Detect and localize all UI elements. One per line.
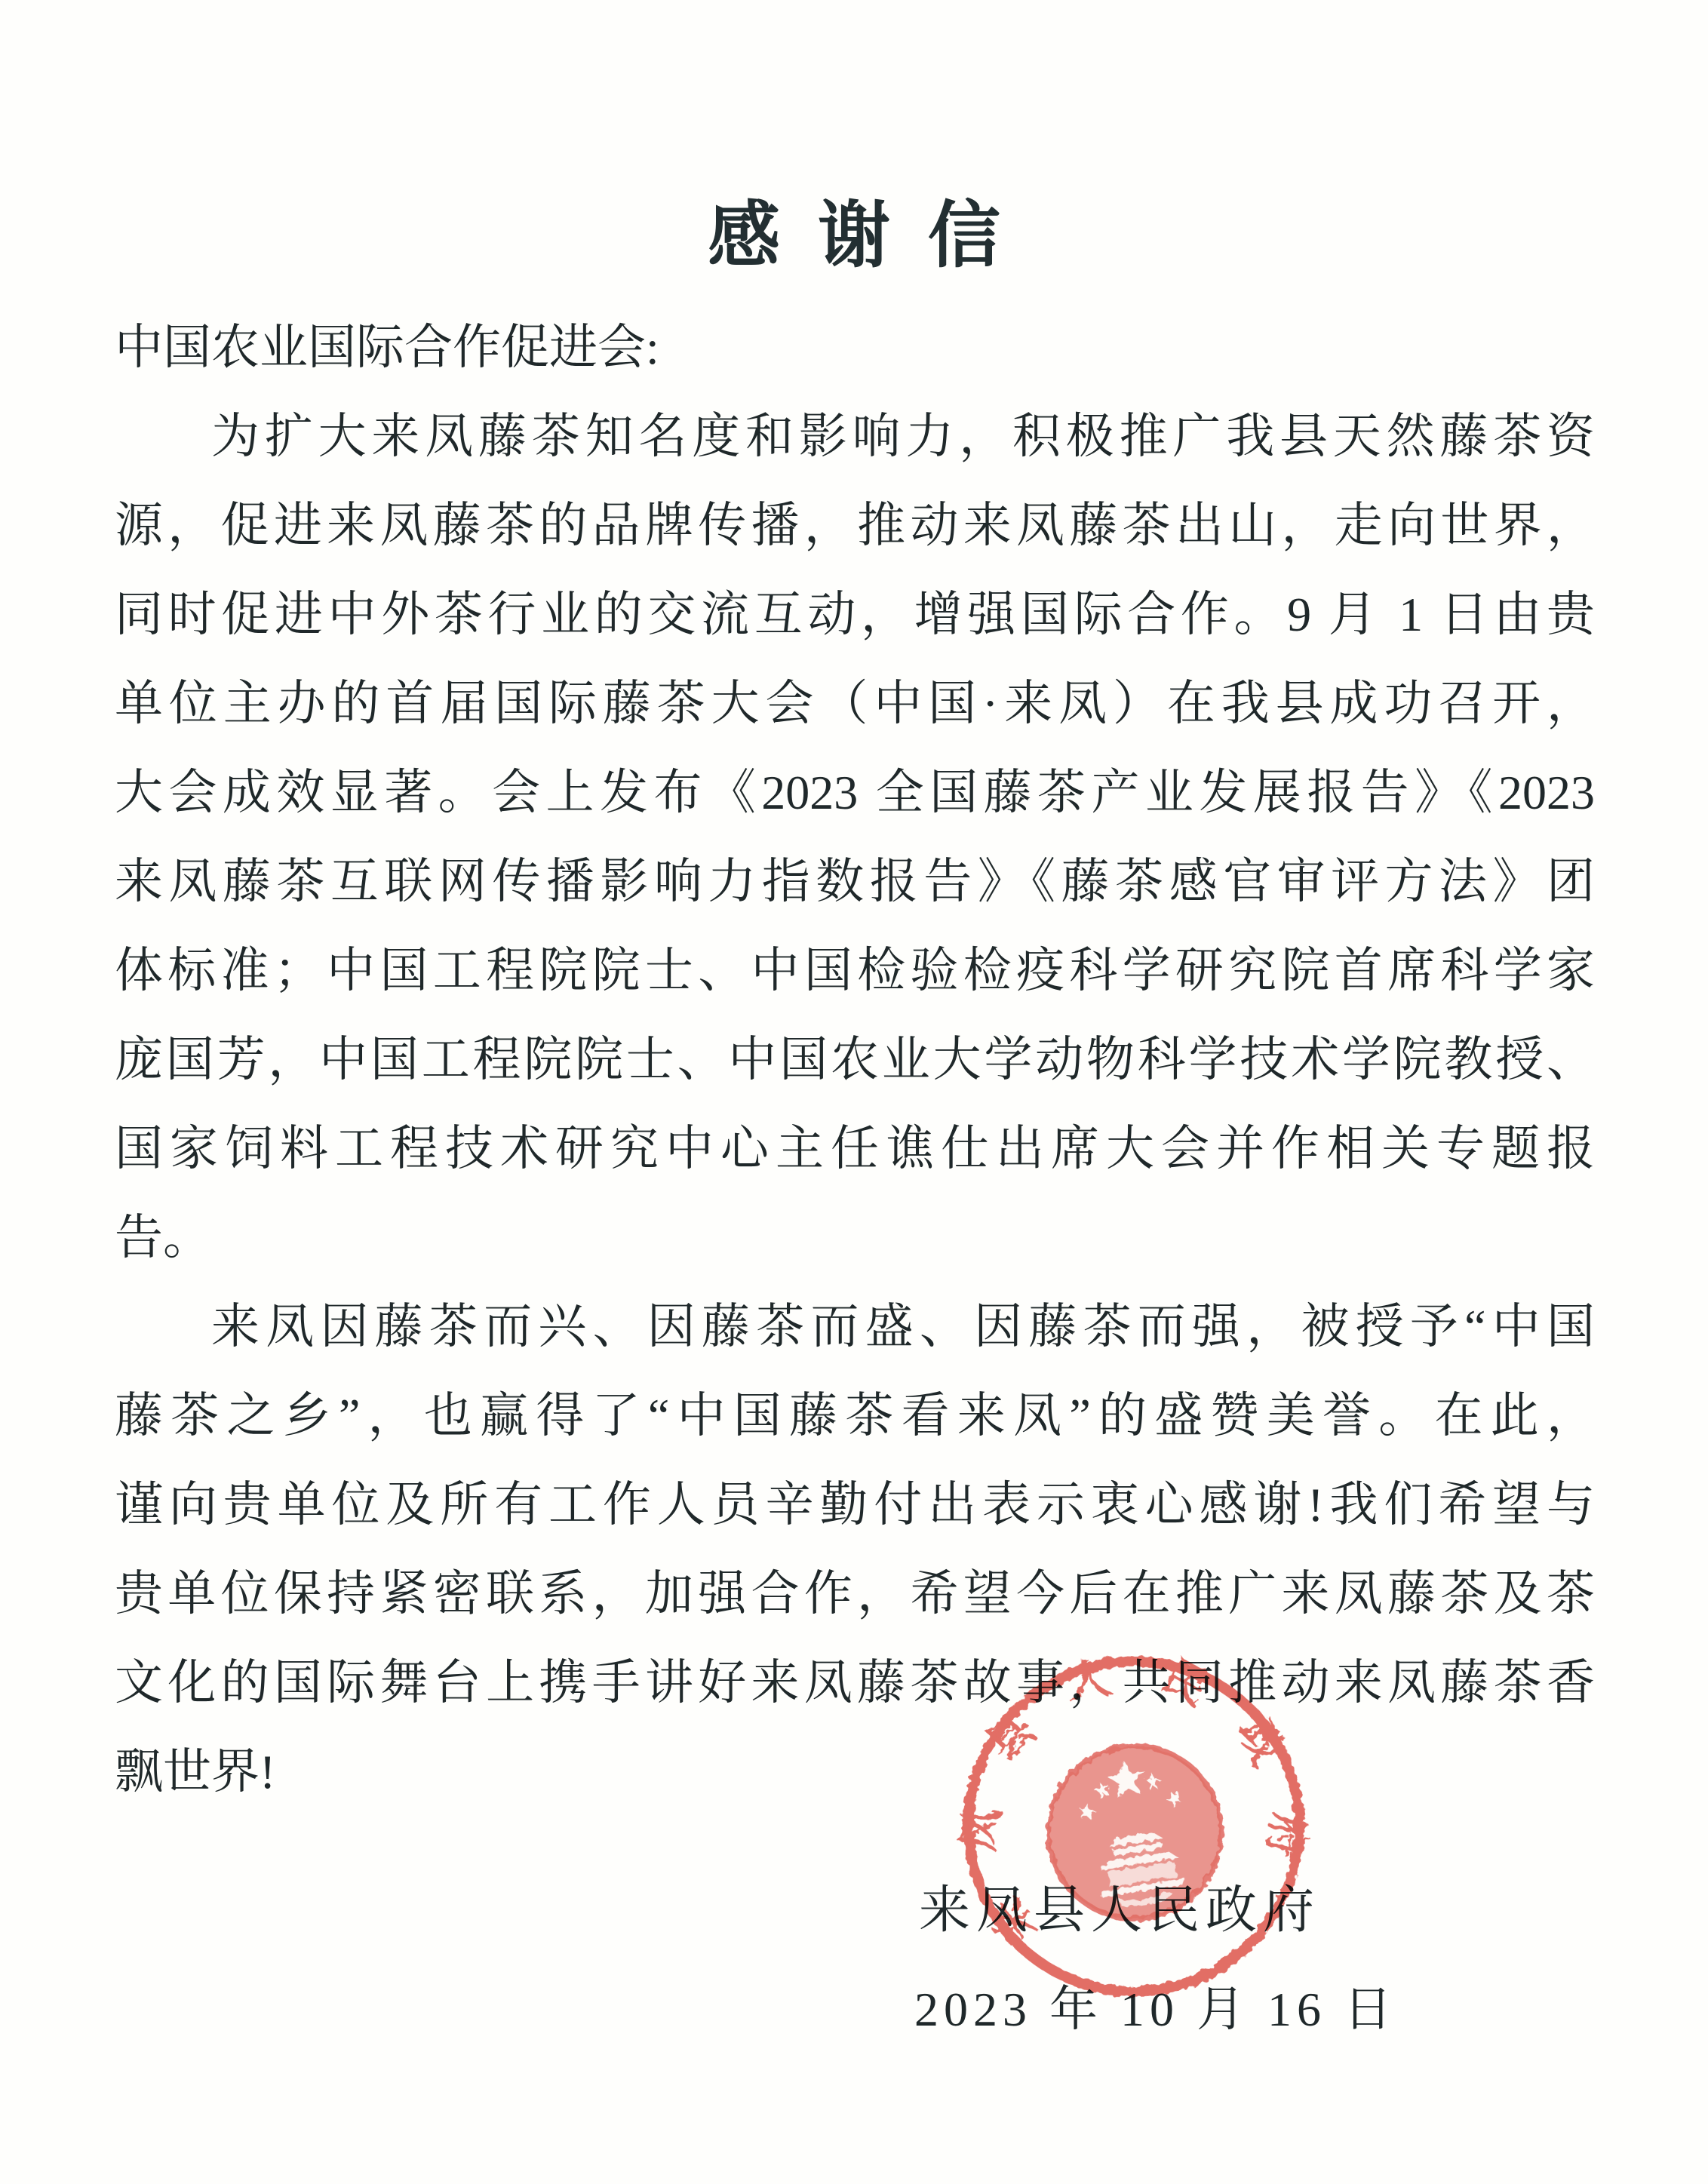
date-line: 2023 年 10 月 16 日 xyxy=(914,1971,1397,2040)
body-line: 国家饲料工程技术研究中心主任谯仕出席大会并作相关专题报 xyxy=(115,1104,1595,1193)
letter-body: 中国农业国际合作促进会: 为扩大来凤藤茶知名度和影响力，积极推广我县天然藤茶资 … xyxy=(115,303,1595,1817)
body-line: 文化的国际舞台上携手讲好来凤藤茶故事，共同推动来凤藤茶香 xyxy=(115,1639,1595,1728)
body-line: 藤茶之乡”，也赢得了“中国藤茶看来凤”的盛赞美誉。在此， xyxy=(115,1372,1595,1461)
salutation: 中国农业国际合作促进会: xyxy=(115,303,1595,392)
letter-page: 感谢信 中国农业国际合作促进会: 为扩大来凤藤茶知名度和影响力，积极推广我县天然… xyxy=(0,0,1708,2184)
letter-title: 感谢信 xyxy=(0,178,1708,281)
body-line: 来凤因藤茶而兴、因藤茶而盛、因藤茶而强，被授予“中国 xyxy=(115,1282,1595,1372)
body-line: 大会成效显著。会上发布《2023 全国藤茶产业发展报告》《2023 xyxy=(115,748,1595,837)
body-line: 体标准；中国工程院院士、中国检验检疫科学研究院首席科学家 xyxy=(115,926,1595,1015)
body-line: 飘世界! xyxy=(115,1728,1595,1817)
body-line: 谨向贵单位及所有工作人员辛勤付出表示衷心感谢!我们希望与 xyxy=(115,1461,1595,1550)
body-line: 贵单位保持紧密联系，加强合作，希望今后在推广来凤藤茶及茶 xyxy=(115,1550,1595,1639)
body-line: 单位主办的首届国际藤茶大会（中国·来凤）在我县成功召开， xyxy=(115,659,1595,748)
body-line: 庞国芳，中国工程院院士、中国农业大学动物科学技术学院教授、 xyxy=(115,1015,1595,1104)
body-line: 来凤藤茶互联网传播影响力指数报告》《藤茶感官审评方法》团 xyxy=(115,837,1595,926)
signature: 来凤县人民政府 xyxy=(919,1869,1320,1943)
body-line: 告。 xyxy=(115,1193,1595,1282)
body-line: 源，促进来凤藤茶的品牌传播，推动来凤藤茶出山，走向世界， xyxy=(115,481,1595,570)
body-line: 为扩大来凤藤茶知名度和影响力，积极推广我县天然藤茶资 xyxy=(115,392,1595,481)
body-line: 同时促进中外茶行业的交流互动，增强国际合作。9 月 1 日由贵 xyxy=(115,570,1595,659)
